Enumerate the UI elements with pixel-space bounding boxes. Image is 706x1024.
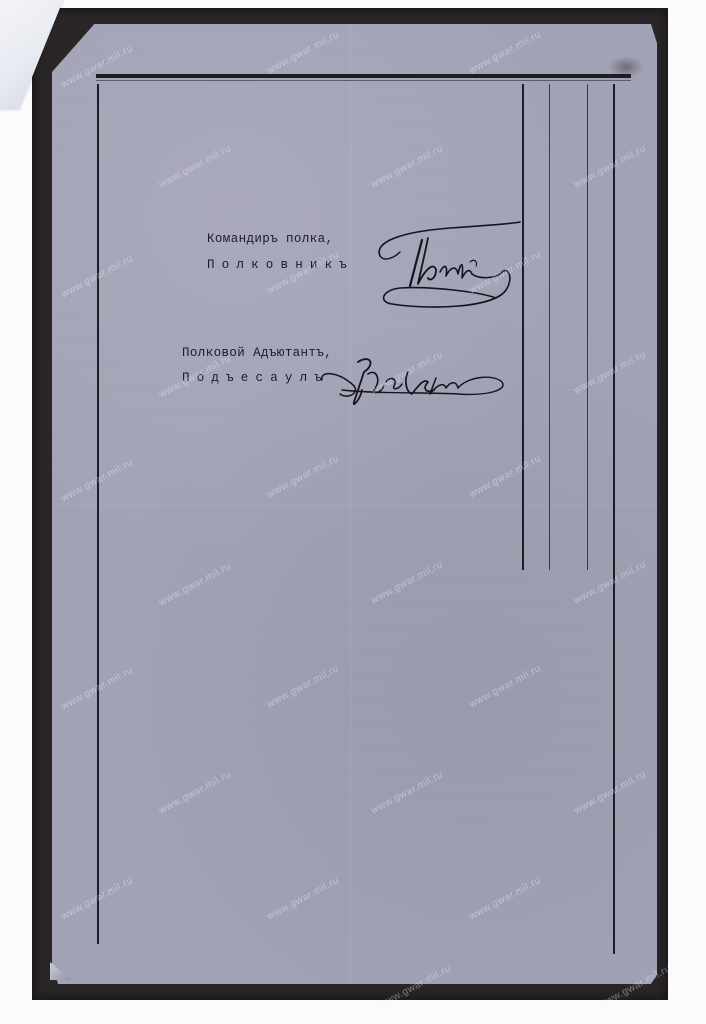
form-right-margin-rule [613,84,615,954]
paper-crease-horizontal [52,505,657,506]
document-page [52,24,657,984]
adjutant-signature [318,350,508,410]
form-column-rule [587,84,588,570]
form-top-rule [96,74,631,78]
form-top-rule-thin [96,80,631,81]
adjutant-position: Полковой Адъютантъ, [182,346,332,360]
commander-position: Командиръ полка, [207,232,333,246]
form-column-rule [549,84,550,570]
paper-crease-vertical [350,24,351,984]
form-left-margin-rule [97,84,99,944]
